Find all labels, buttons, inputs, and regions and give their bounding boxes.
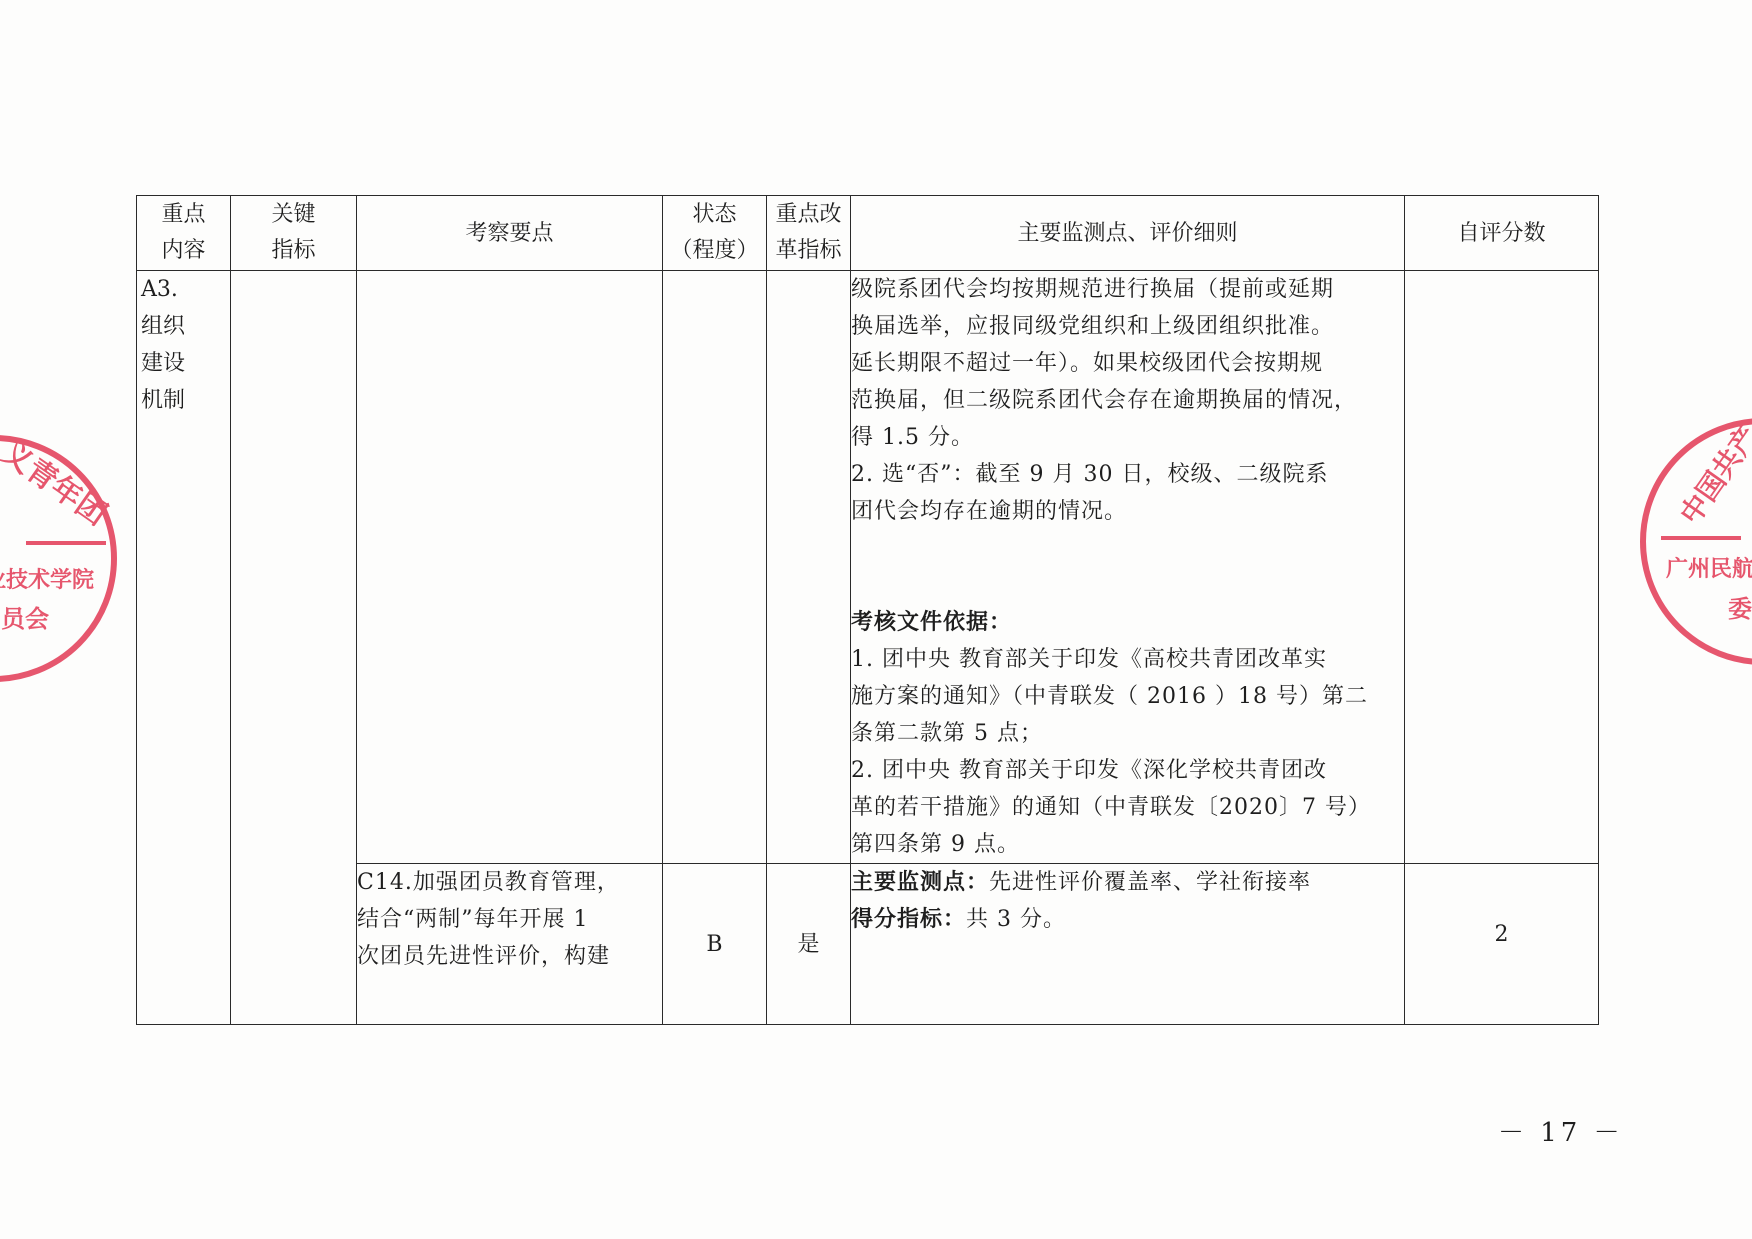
reform-indicator-cell (767, 271, 851, 864)
criteria-line: 得 1.5 分。 (851, 419, 1404, 456)
header-text: 内容 (137, 233, 230, 269)
header-text: 关键 (231, 197, 356, 233)
focus-text: 组织 (137, 308, 230, 345)
key-points-cell (357, 271, 663, 864)
header-key-points: 考察要点 (357, 196, 663, 271)
header-monitoring-criteria: 主要监测点、评价细则 (851, 196, 1405, 271)
monitor-label: 主要监测点： (851, 869, 989, 895)
reform-indicator-cell: 是 (767, 864, 851, 1025)
header-status: 状态 （程度） (663, 196, 767, 271)
red-seal-left: 义青年团 业技术学院 员会 (0, 435, 117, 682)
basis-line: 1. 团中央 教育部关于印发《高校共青团改革实 (851, 641, 1404, 678)
seal-text: 义青年团 (0, 429, 118, 534)
key-point-line: 结合“两制”每年开展 1 (357, 901, 662, 938)
key-point-line: C14.加强团员教育管理， (357, 864, 662, 901)
page-number: － 17 － (1498, 1112, 1624, 1149)
header-text: （程度） (663, 233, 766, 269)
key-point-line: 次团员先进性评价，构建 (357, 938, 662, 975)
seal-text: 广州民航 (1666, 552, 1752, 583)
criteria-line: 换届选举，应报同级党组织和上级团组织批准。 (851, 308, 1404, 345)
criteria-cell: 级院系团代会均按期规范进行换届（提前或延期 换届选举，应报同级党组织和上级团组织… (851, 271, 1405, 864)
red-seal-right: 中国共产 广州民航 委 (1640, 418, 1752, 665)
header-self-score: 自评分数 (1405, 196, 1599, 271)
key-indicator-cell (231, 271, 357, 1025)
seal-text: 业技术学院 (0, 563, 94, 594)
header-text: 状态 (663, 197, 766, 233)
focus-code: A3. (137, 271, 230, 308)
seal-line (26, 541, 106, 545)
criteria-cell: 主要监测点：先进性评价覆盖率、学社衔接率 得分指标：共 3 分。 (851, 864, 1405, 1025)
focus-text: 建设 (137, 345, 230, 382)
criteria-line: 2. 选“否”：截至 9 月 30 日，校级、二级院系 (851, 456, 1404, 493)
seal-text: 委 (1728, 589, 1752, 624)
criteria-line: 范换届，但二级院系团代会存在逾期换届的情况， (851, 382, 1404, 419)
monitor-text: 先进性评价覆盖率、学社衔接率 (989, 870, 1311, 895)
seal-text: 员会 (1, 599, 49, 634)
score-text: 共 3 分。 (966, 907, 1066, 932)
criteria-line: 级院系团代会均按期规范进行换届（提前或延期 (851, 271, 1404, 308)
key-points-cell: C14.加强团员教育管理， 结合“两制”每年开展 1 次团员先进性评价，构建 (357, 864, 663, 1025)
header-reform-indicator: 重点改 革指标 (767, 196, 851, 271)
header-key-indicator: 关键 指标 (231, 196, 357, 271)
table-row: A3. 组织 建设 机制 级院系团代会均按期规范进行换届（提前或延期 换届选举，… (137, 271, 1599, 864)
basis-line: 施方案的通知》（中青联发（ 2016 ）18 号）第二 (851, 678, 1404, 715)
header-focus-content: 重点 内容 (137, 196, 231, 271)
self-score-cell: 2 (1405, 864, 1599, 1025)
score-label: 得分指标： (851, 906, 966, 932)
basis-line: 2. 团中央 教育部关于印发《深化学校共青团改 (851, 752, 1404, 789)
seal-line (1661, 536, 1741, 540)
evaluation-table: 重点 内容 关键 指标 考察要点 状态 （程度） 重点改 革指标 主要监测点、评… (136, 195, 1599, 1025)
header-text: 重点 (137, 197, 230, 233)
seal-text: 中国共产 (1670, 417, 1752, 532)
basis-title: 考核文件依据： (851, 604, 1404, 641)
focus-content-cell: A3. 组织 建设 机制 (137, 271, 231, 1025)
spacer (851, 530, 1404, 604)
focus-text: 机制 (137, 382, 230, 419)
monitor-line: 主要监测点：先进性评价覆盖率、学社衔接率 (851, 864, 1404, 901)
table-row: C14.加强团员教育管理， 结合“两制”每年开展 1 次团员先进性评价，构建 B… (137, 864, 1599, 1025)
basis-line: 革的若干措施》的通知（中青联发〔2020〕7 号） (851, 789, 1404, 826)
score-line: 得分指标：共 3 分。 (851, 901, 1404, 938)
status-cell: B (663, 864, 767, 1025)
header-row: 重点 内容 关键 指标 考察要点 状态 （程度） 重点改 革指标 主要监测点、评… (137, 196, 1599, 271)
criteria-line: 团代会均存在逾期的情况。 (851, 493, 1404, 530)
header-text: 革指标 (767, 233, 850, 269)
status-cell (663, 271, 767, 864)
self-score-cell (1405, 271, 1599, 864)
criteria-line: 延长期限不超过一年）。如果校级团代会按期规 (851, 345, 1404, 382)
basis-line: 条第二款第 5 点； (851, 715, 1404, 752)
header-text: 指标 (231, 233, 356, 269)
header-text: 重点改 (767, 197, 850, 233)
basis-line: 第四条第 9 点。 (851, 826, 1404, 863)
